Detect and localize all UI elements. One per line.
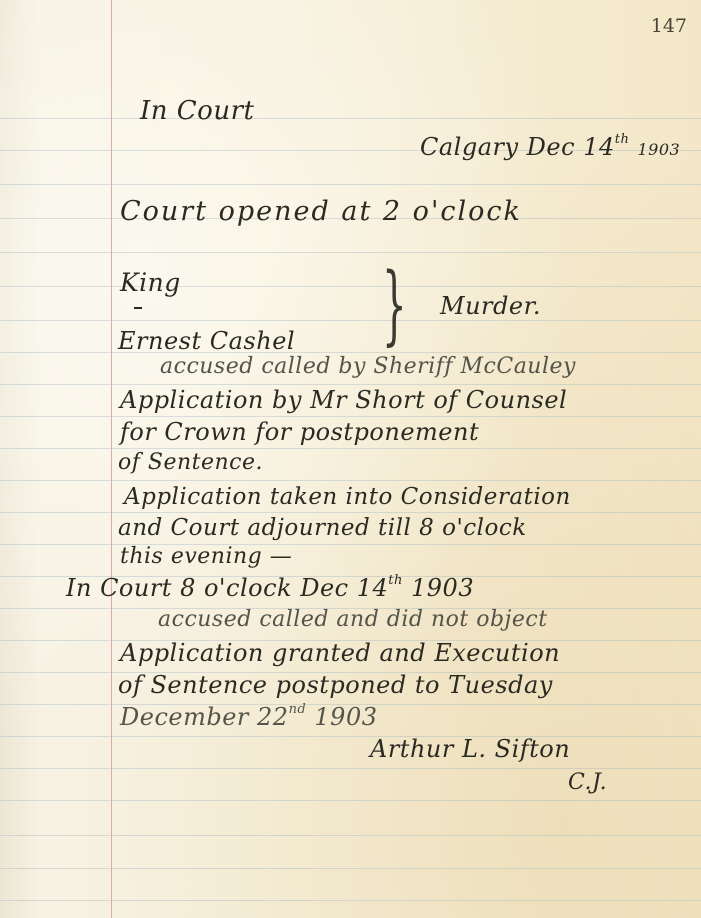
rule-line xyxy=(0,512,701,513)
rule-line xyxy=(0,320,701,321)
rule-line xyxy=(0,448,701,449)
rule-line xyxy=(0,835,701,836)
proceedings-line: Application taken into Consideration xyxy=(124,484,571,510)
signature-name: Arthur L. Sifton xyxy=(370,735,570,763)
evening-line: of Sentence postponed to Tuesday xyxy=(118,671,553,699)
proceedings-line: and Court adjourned till 8 o'clock xyxy=(118,515,527,541)
final-line-text: December 22 xyxy=(120,703,289,731)
evening-line: accused called and did not object xyxy=(158,607,548,632)
place-date-year: 1903 xyxy=(637,140,680,159)
rule-line xyxy=(0,286,701,287)
rule-line xyxy=(0,900,701,901)
case-defendant: Ernest Cashel xyxy=(118,327,295,355)
rule-line xyxy=(0,544,701,545)
evening-session-header: In Court 8 o'clock Dec 14th 1903 xyxy=(66,573,474,602)
final-line-year: 1903 xyxy=(314,703,377,731)
evening-line: Application granted and Execution xyxy=(120,639,560,667)
place-date: Calgary Dec 14th 1903 xyxy=(420,132,680,161)
rule-line xyxy=(0,384,701,385)
case-charge: Murder. xyxy=(440,292,541,320)
proceedings-line: for Crown for postponement xyxy=(120,418,479,446)
evening-final-line: December 22nd 1903 xyxy=(120,702,377,731)
heading: In Court xyxy=(140,96,254,126)
margin-line xyxy=(111,0,112,918)
proceedings-line: this evening — xyxy=(120,544,292,569)
rule-line xyxy=(0,480,701,481)
proceedings-line: of Sentence. xyxy=(118,450,263,475)
case-plaintiff: King xyxy=(120,268,181,297)
place-date-suffix: th xyxy=(615,132,630,147)
evening-header-suffix: th xyxy=(388,573,403,588)
case-separator xyxy=(134,307,142,309)
place-date-text: Calgary Dec 14 xyxy=(420,133,615,161)
ledger-page: 147 In Court Calgary Dec 14th 1903 Court… xyxy=(0,0,701,918)
final-line-suffix: nd xyxy=(289,702,307,717)
case-brace: } xyxy=(382,262,407,348)
evening-header-text: In Court 8 o'clock Dec 14 xyxy=(66,574,388,602)
rule-line xyxy=(0,352,701,353)
signature-title: C.J. xyxy=(568,770,607,795)
rule-line xyxy=(0,252,701,253)
rule-line xyxy=(0,184,701,185)
rule-line xyxy=(0,416,701,417)
opening-line: Court opened at 2 o'clock xyxy=(120,196,522,227)
rule-line xyxy=(0,868,701,869)
rule-line xyxy=(0,118,701,119)
page-number: 147 xyxy=(651,15,687,37)
proceedings-line: accused called by Sheriff McCauley xyxy=(160,354,576,379)
proceedings-line: Application by Mr Short of Counsel xyxy=(120,386,567,414)
evening-header-year: 1903 xyxy=(411,574,474,602)
rule-line xyxy=(0,768,701,769)
rule-line xyxy=(0,736,701,737)
rule-line xyxy=(0,800,701,801)
